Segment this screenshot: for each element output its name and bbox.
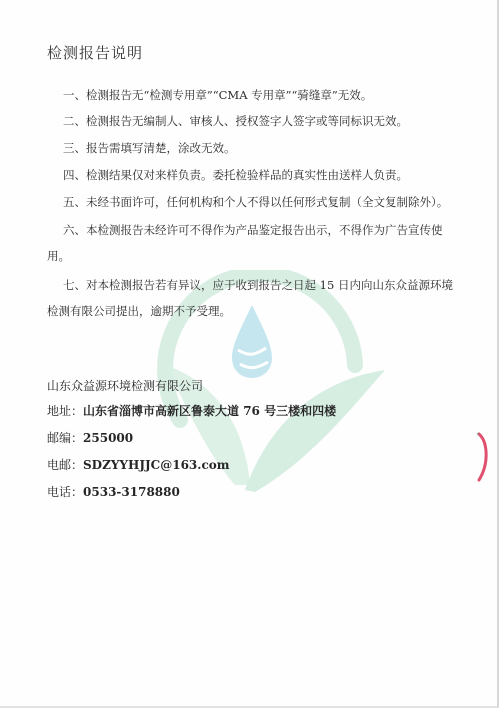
rule-item: 六、本检测报告未经许可不得作为产品鉴定报告出示，不得作为广告宣传使用。 <box>47 217 462 269</box>
rule-item: 一、检测报告无“检测专用章”“CMA 专用章”“骑缝章”无效。 <box>63 82 372 108</box>
report-page: 检测报告说明 一、检测报告无“检测专用章”“CMA 专用章”“骑缝章”无效。 二… <box>0 0 499 708</box>
address-line: 地址：山东省淄博市高新区鲁泰大道 76 号三楼和四楼 <box>47 402 336 419</box>
postcode-label: 邮编： <box>47 431 83 445</box>
email-line: 电邮：SDZYYHJJC@163.com <box>47 456 229 473</box>
address-value: 山东省淄博市高新区鲁泰大道 76 号三楼和四楼 <box>83 404 336 418</box>
phone-line: 电话：0533-3178880 <box>47 483 180 500</box>
rule-item: 七、对本检测报告若有异议，应于收到报告之日起 15 日内向山东众益源环境检测有限… <box>47 272 462 324</box>
rule-item: 四、检测结果仅对来样负责。委托检验样品的真实性由送样人负责。 <box>63 162 408 188</box>
email-value: SDZYYHJJC@163.com <box>83 458 229 472</box>
email-label: 电邮： <box>47 458 83 472</box>
phone-label: 电话： <box>47 485 83 499</box>
postcode-line: 邮编：255000 <box>47 429 133 446</box>
postcode-value: 255000 <box>83 431 133 445</box>
rule-item: 三、报告需填写清楚，涂改无效。 <box>63 135 236 161</box>
company-name: 山东众益源环境检测有限公司 <box>47 377 203 394</box>
seam-seal-stamp-icon <box>476 432 492 482</box>
phone-value: 0533-3178880 <box>83 485 180 499</box>
document-title: 检测报告说明 <box>47 42 143 63</box>
address-label: 地址： <box>47 404 83 418</box>
rule-item: 二、检测报告无编制人、审核人、授权签字人签字或等同标识无效。 <box>63 108 408 134</box>
rule-item: 五、未经书面许可，任何机构和个人不得以任何形式复制（全文复制除外）。 <box>63 189 448 215</box>
